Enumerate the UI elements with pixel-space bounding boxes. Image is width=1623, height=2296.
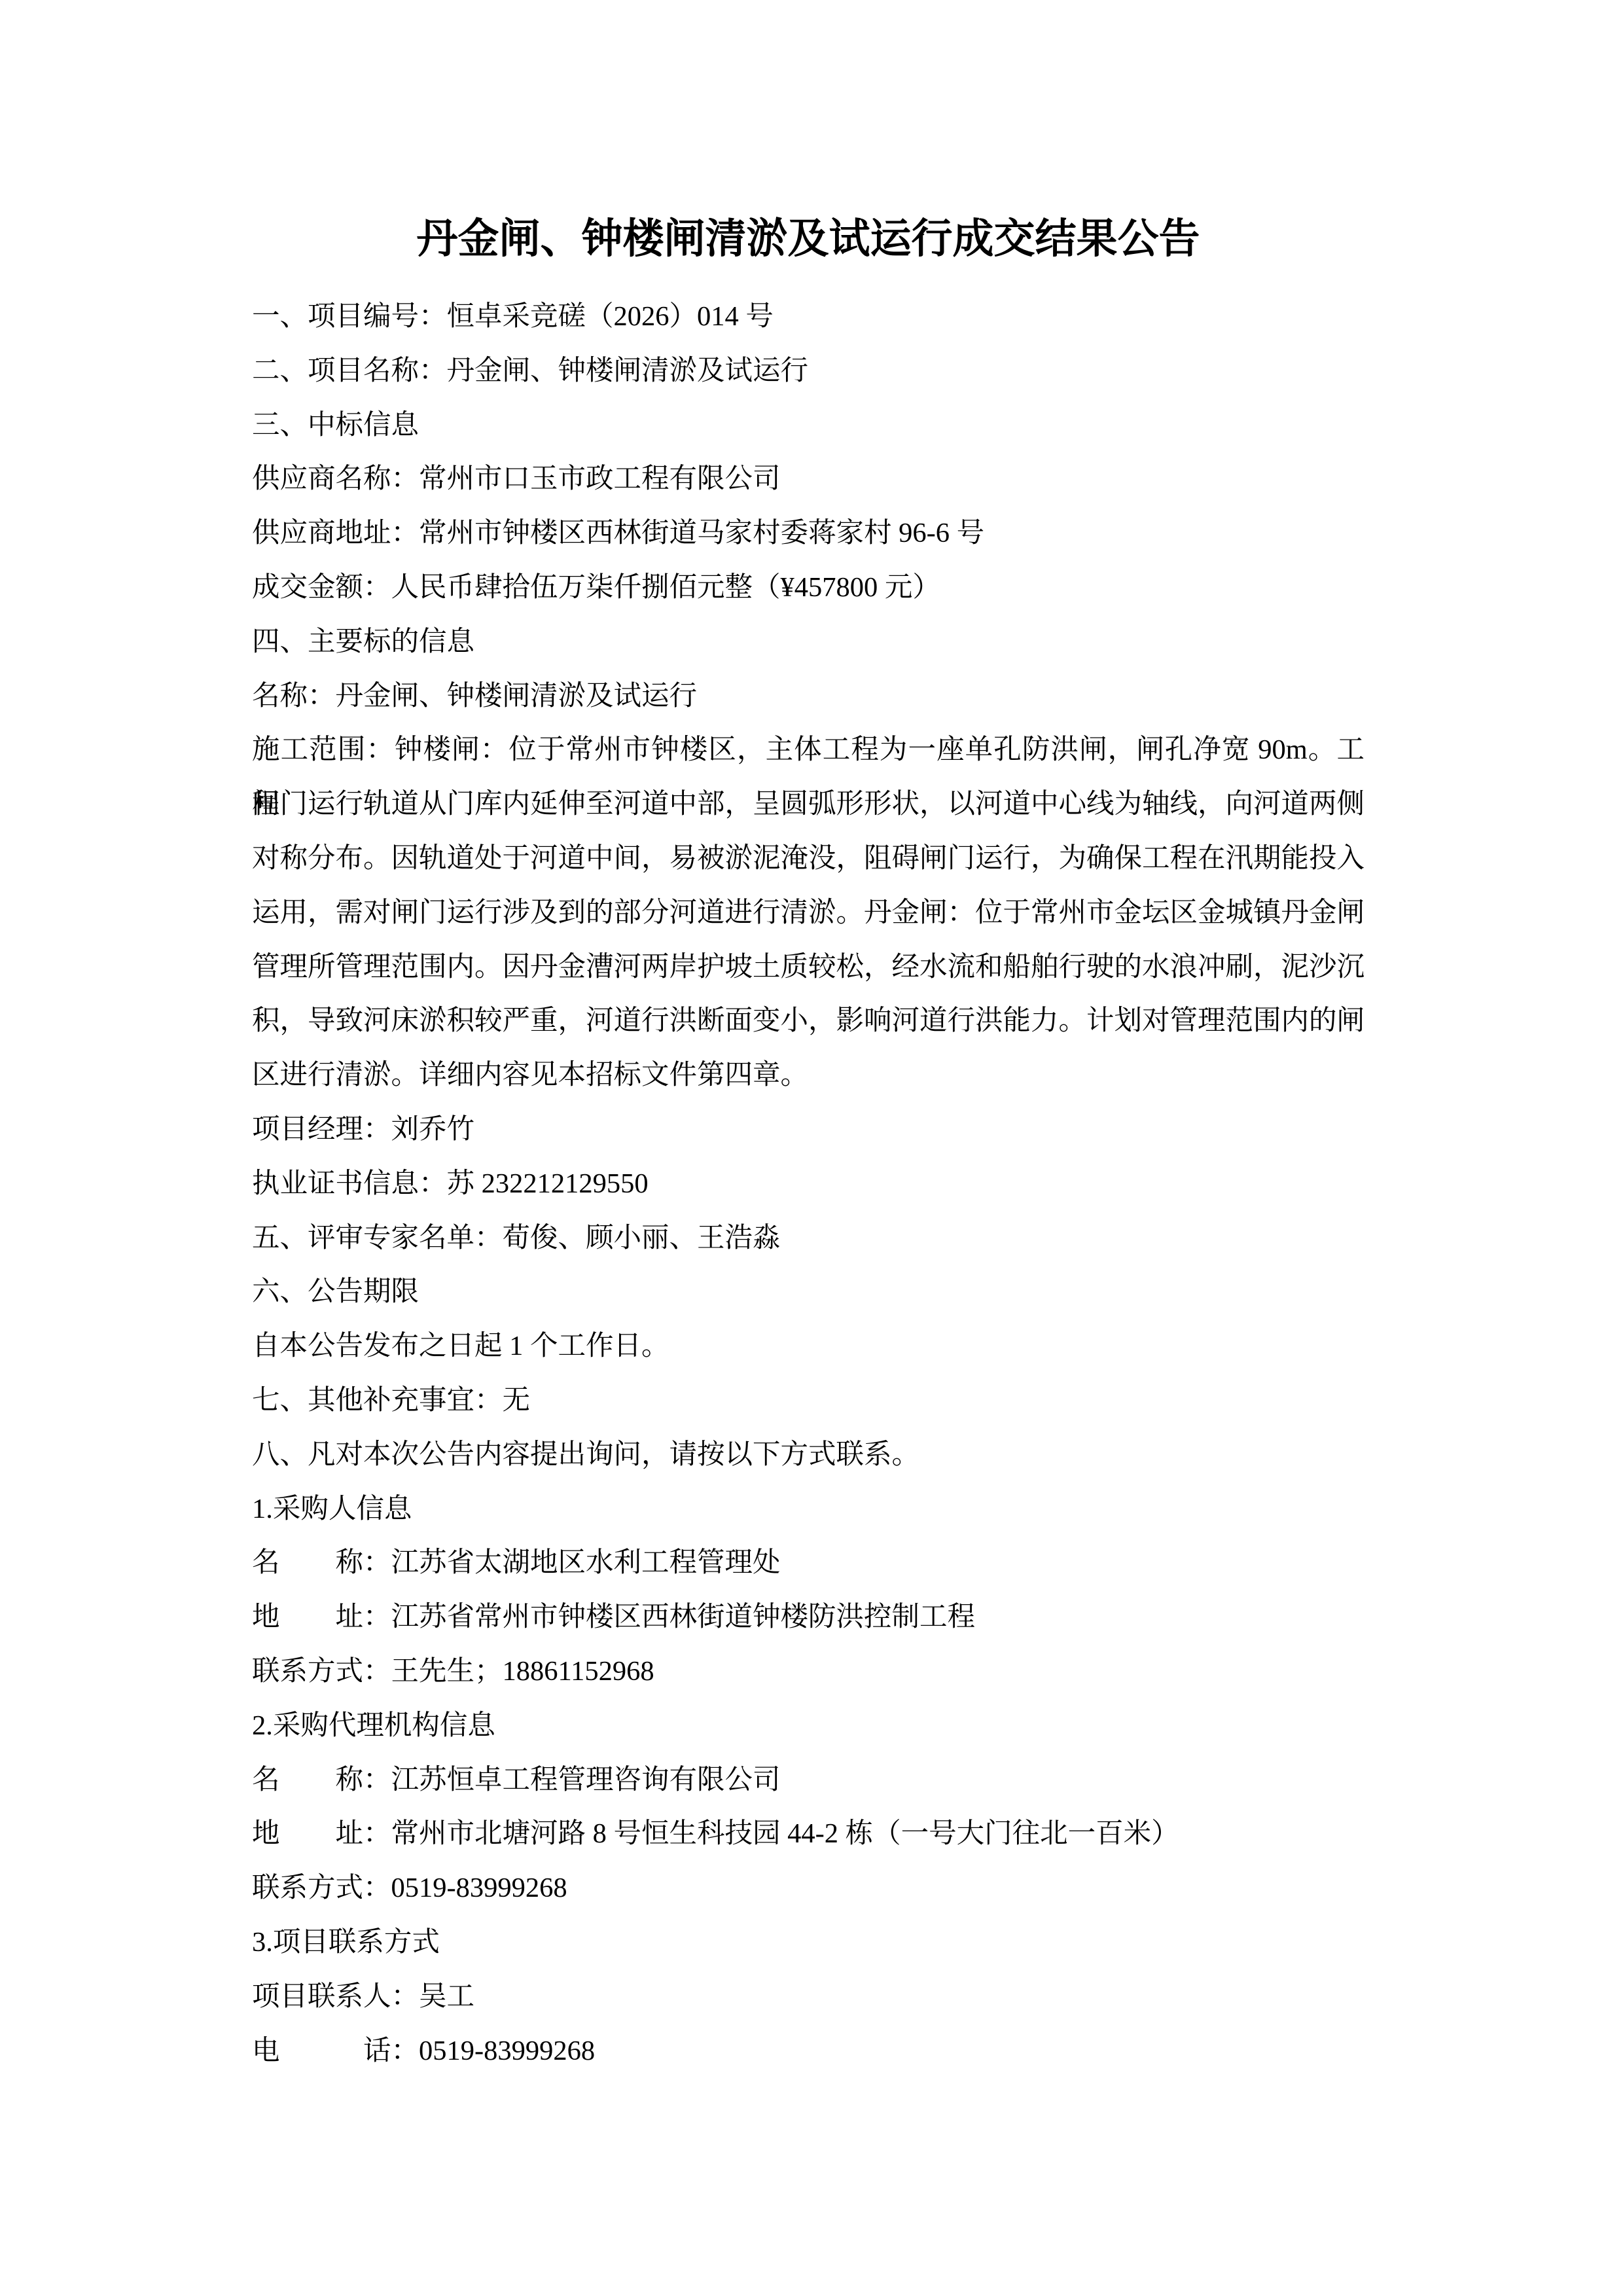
text-line-7: 四、主要标的信息 (252, 615, 1364, 670)
text-line-32: 项目联系人：吴工 (252, 1970, 1364, 2024)
text-line-1: 一、项目编号：恒卓采竞磋（2026）014 号 (252, 290, 1364, 344)
text-line-2: 二、项目名称：丹金闸、钟楼闸清淤及试运行 (252, 344, 1364, 399)
document-body: 一、项目编号：恒卓采竞磋（2026）014 号二、项目名称：丹金闸、钟楼闸清淤及… (252, 290, 1364, 2078)
text-line-14: 积，导致河床淤积较严重，河道行洪断面变小，影响河道行洪能力。计划对管理范围内的闸 (252, 994, 1364, 1049)
text-line-3: 三、中标信息 (252, 399, 1364, 453)
text-line-5: 供应商地址：常州市钟楼区西林街道马家村委蒋家村 96-6 号 (252, 507, 1364, 561)
text-line-27: 2.采购代理机构信息 (252, 1699, 1364, 1753)
text-line-12: 运用，需对闸门运行涉及到的部分河道进行清淤。丹金闸：位于常州市金坛区金城镇丹金闸 (252, 886, 1364, 941)
text-line-16: 项目经理：刘乔竹 (252, 1103, 1364, 1157)
text-line-19: 六、公告期限 (252, 1265, 1364, 1319)
text-line-13: 管理所管理范围内。因丹金漕河两岸护坡土质较松，经水流和船舶行驶的水浪冲刷，泥沙沉 (252, 941, 1364, 995)
text-line-25: 地 址：江苏省常州市钟楼区西林街道钟楼防洪控制工程 (252, 1590, 1364, 1645)
text-line-22: 八、凡对本次公告内容提出询问，请按以下方式联系。 (252, 1428, 1364, 1482)
text-line-11: 对称分布。因轨道处于河道中间，易被淤泥淹没，阻碍闸门运行，为确保工程在汛期能投入 (252, 832, 1364, 886)
text-line-4: 供应商名称：常州市口玉市政工程有限公司 (252, 452, 1364, 507)
text-line-10: 闸门运行轨道从门库内延伸至河道中部，呈圆弧形形状，以河道中心线为轴线，向河道两侧 (252, 778, 1364, 832)
text-line-29: 地 址：常州市北塘河路 8 号恒生科技园 44-2 栋（一号大门往北一百米） (252, 1807, 1364, 1861)
text-line-24: 名 称：江苏省太湖地区水利工程管理处 (252, 1536, 1364, 1590)
text-line-20: 自本公告发布之日起 1 个工作日。 (252, 1319, 1364, 1374)
document-title: 丹金闸、钟楼闸清淤及试运行成交结果公告 (252, 214, 1364, 264)
text-line-31: 3.项目联系方式 (252, 1916, 1364, 1970)
text-line-23: 1.采购人信息 (252, 1482, 1364, 1537)
text-line-21: 七、其他补充事宜：无 (252, 1374, 1364, 1428)
text-line-9: 施工范围：钟楼闸：位于常州市钟楼区，主体工程为一座单孔防洪闸，闸孔净宽 90m。… (252, 723, 1364, 778)
text-line-17: 执业证书信息：苏 232212129550 (252, 1157, 1364, 1211)
text-line-26: 联系方式：王先生；18861152968 (252, 1645, 1364, 1699)
text-line-6: 成交金额：人民币肆拾伍万柒仟捌佰元整（¥457800 元） (252, 561, 1364, 615)
document-page: 丹金闸、钟楼闸清淤及试运行成交结果公告 一、项目编号：恒卓采竞磋（2026）01… (252, 0, 1364, 2296)
text-line-18: 五、评审专家名单：荀俊、顾小丽、王浩淼 (252, 1211, 1364, 1266)
text-line-33: 电 话：0519-83999268 (252, 2024, 1364, 2079)
text-line-8: 名称：丹金闸、钟楼闸清淤及试运行 (252, 670, 1364, 724)
text-line-15: 区进行清淤。详细内容见本招标文件第四章。 (252, 1049, 1364, 1103)
text-line-28: 名 称：江苏恒卓工程管理咨询有限公司 (252, 1753, 1364, 1808)
text-line-30: 联系方式：0519-83999268 (252, 1861, 1364, 1916)
